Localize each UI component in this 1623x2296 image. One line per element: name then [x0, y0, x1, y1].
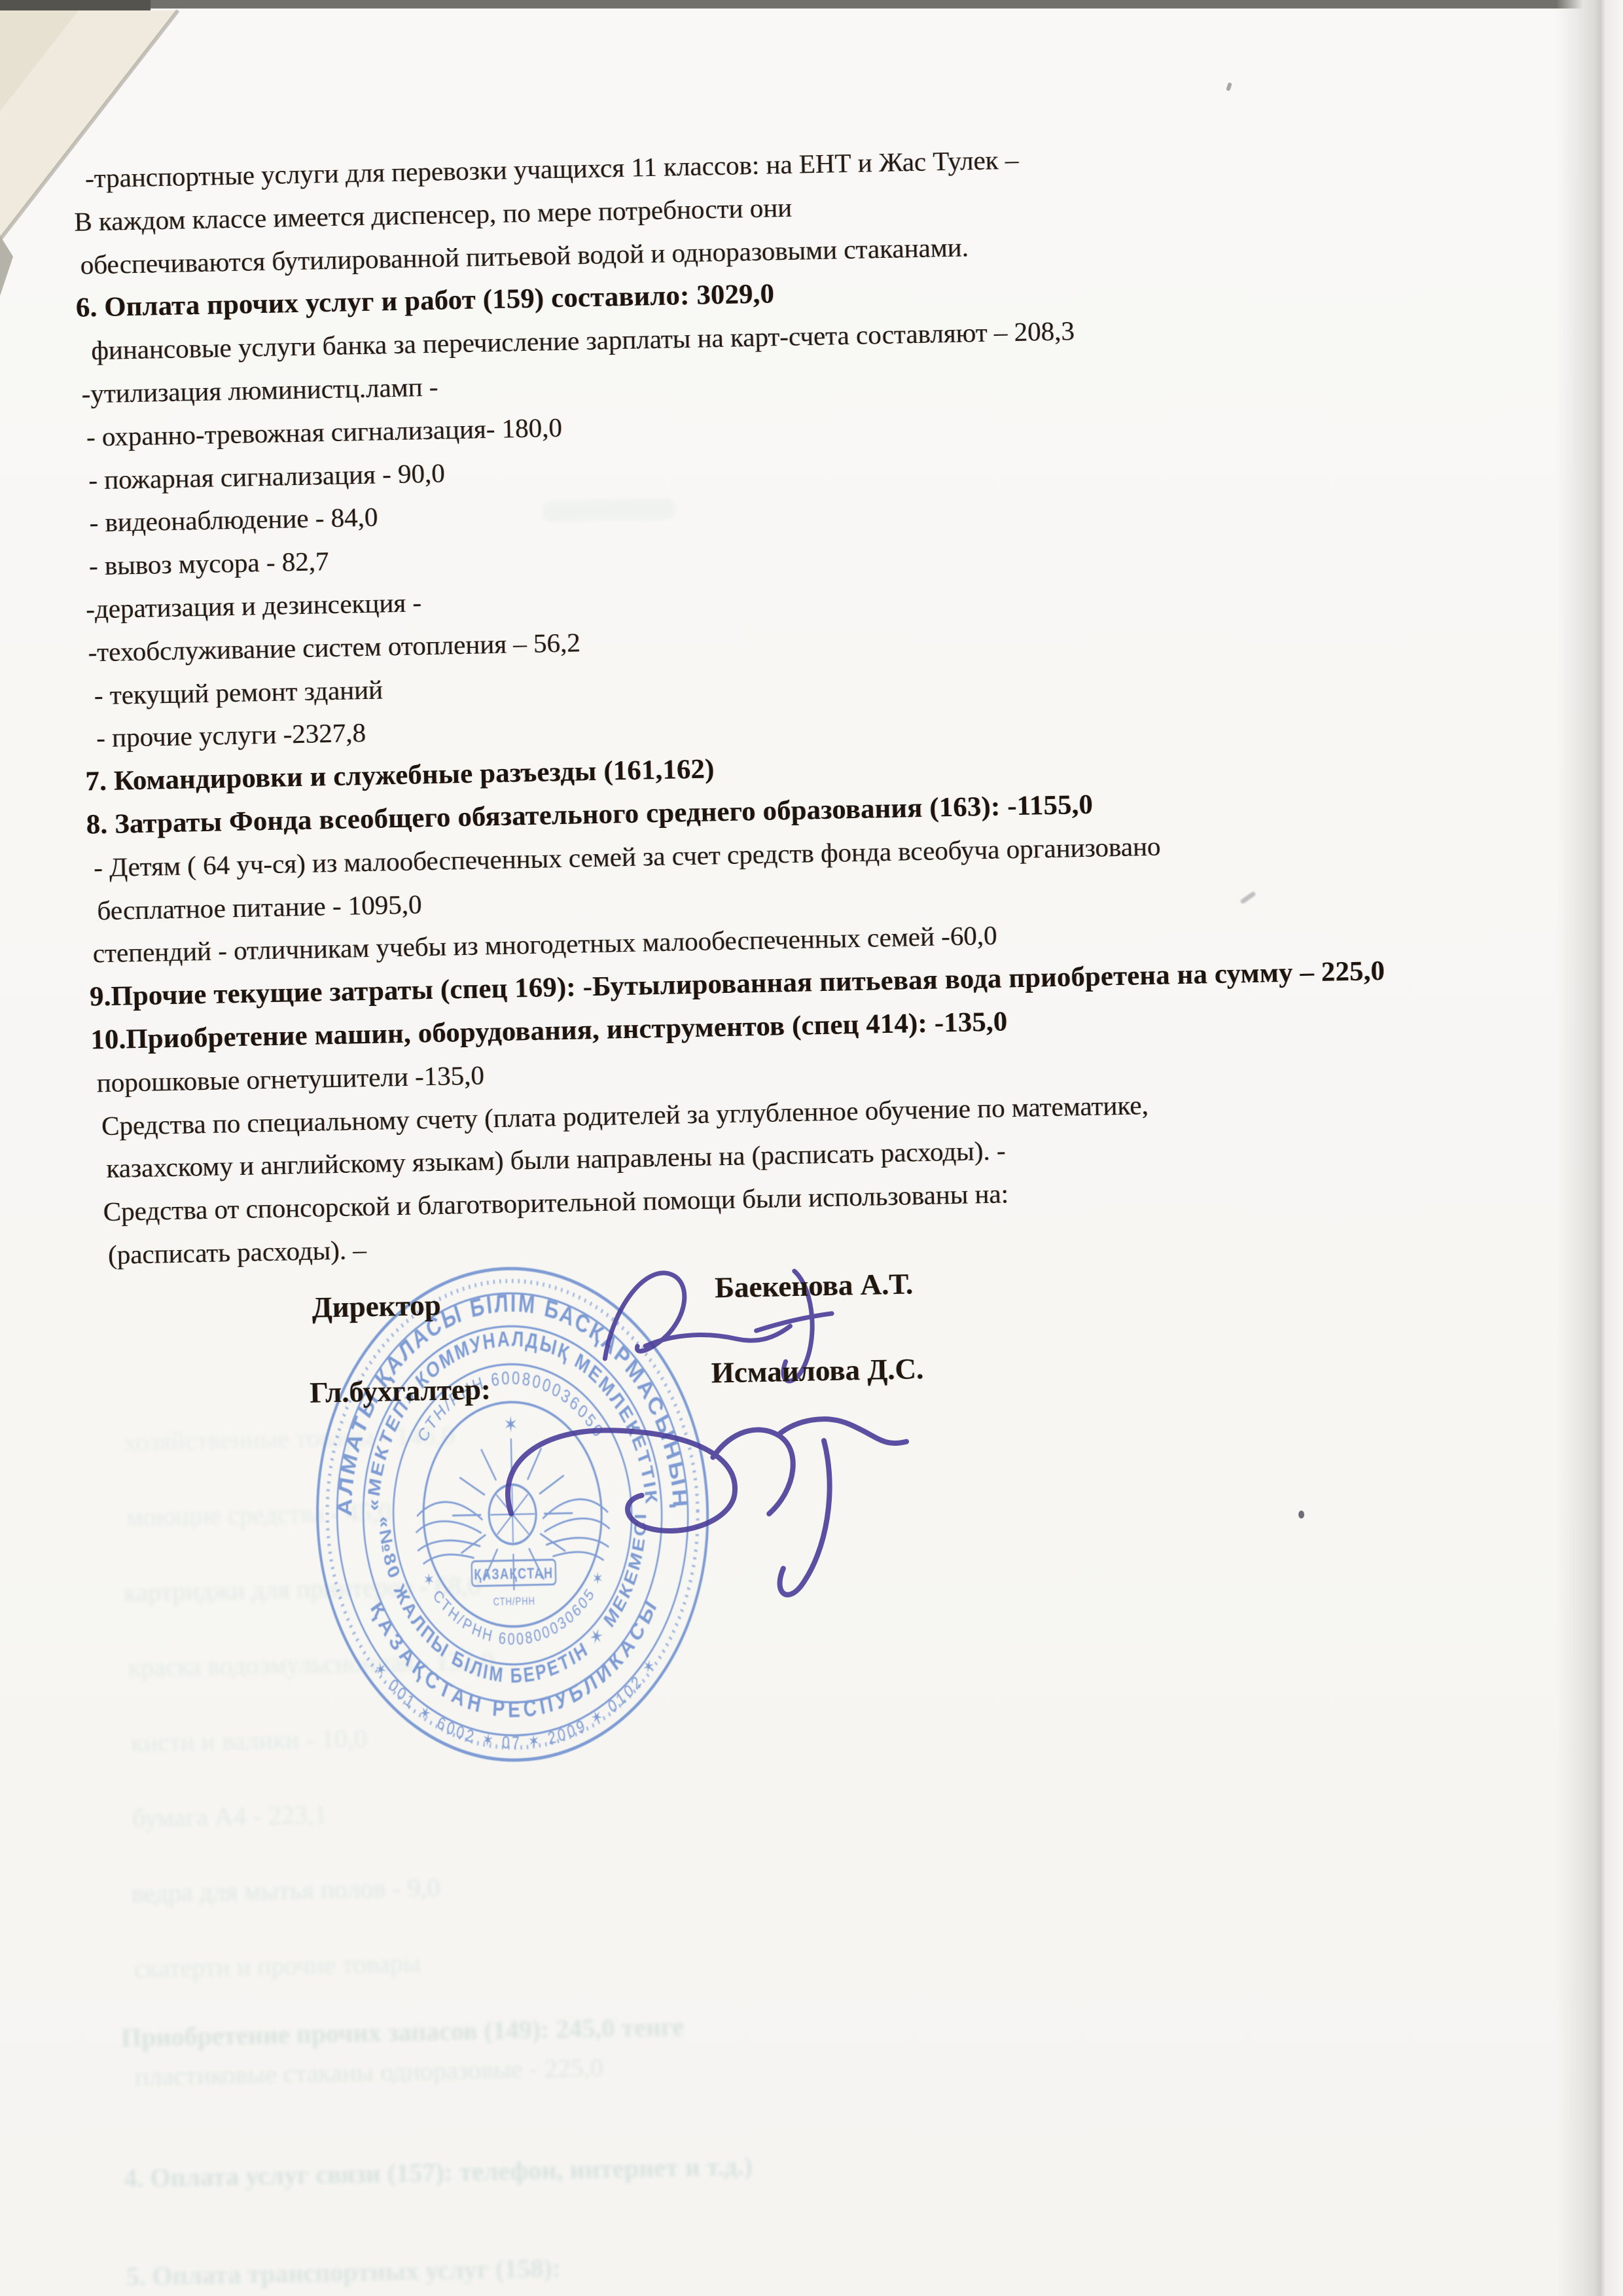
accountant-label: Гл.бухгалтер:	[310, 1372, 491, 1410]
bleedthrough-line: скатерти и прочие товары	[134, 1948, 421, 1984]
bleedthrough-line: 5. Оплата транспортных услуг (158):	[126, 2252, 561, 2291]
text-lines: -транспортные услуги для перевозки учащи…	[73, 132, 1390, 1277]
bleedthrough-line: бумага А4 - 223,1	[132, 1799, 327, 1833]
scanned-document-page: -транспортные услуги для перевозки учащи…	[0, 0, 1623, 2296]
bleedthrough-line: пластиковые стаканы одноразовые - 225,0	[135, 2052, 604, 2092]
accountant-name: Исмаилова Д.С.	[711, 1352, 923, 1390]
director-name: Баекенова А.Т.	[715, 1266, 914, 1304]
bleedthrough-line: ведра для мытья полов - 9,0	[131, 1872, 440, 1909]
bleedthrough-layer: хозяйственные товары - 146,0моющие средс…	[0, 0, 1619, 2]
director-label: Директор	[312, 1288, 441, 1325]
ink-smudge	[543, 499, 675, 521]
accountant-signature	[507, 1418, 910, 1600]
bleedthrough-line: 4. Оплата услуг связи (157): телефон, ин…	[124, 2151, 753, 2194]
bleedthrough-line: Приобретение прочих запасов (149): 245,0…	[121, 2011, 685, 2053]
document-content: -транспортные услуги для перевозки учащи…	[0, 0, 1623, 2296]
